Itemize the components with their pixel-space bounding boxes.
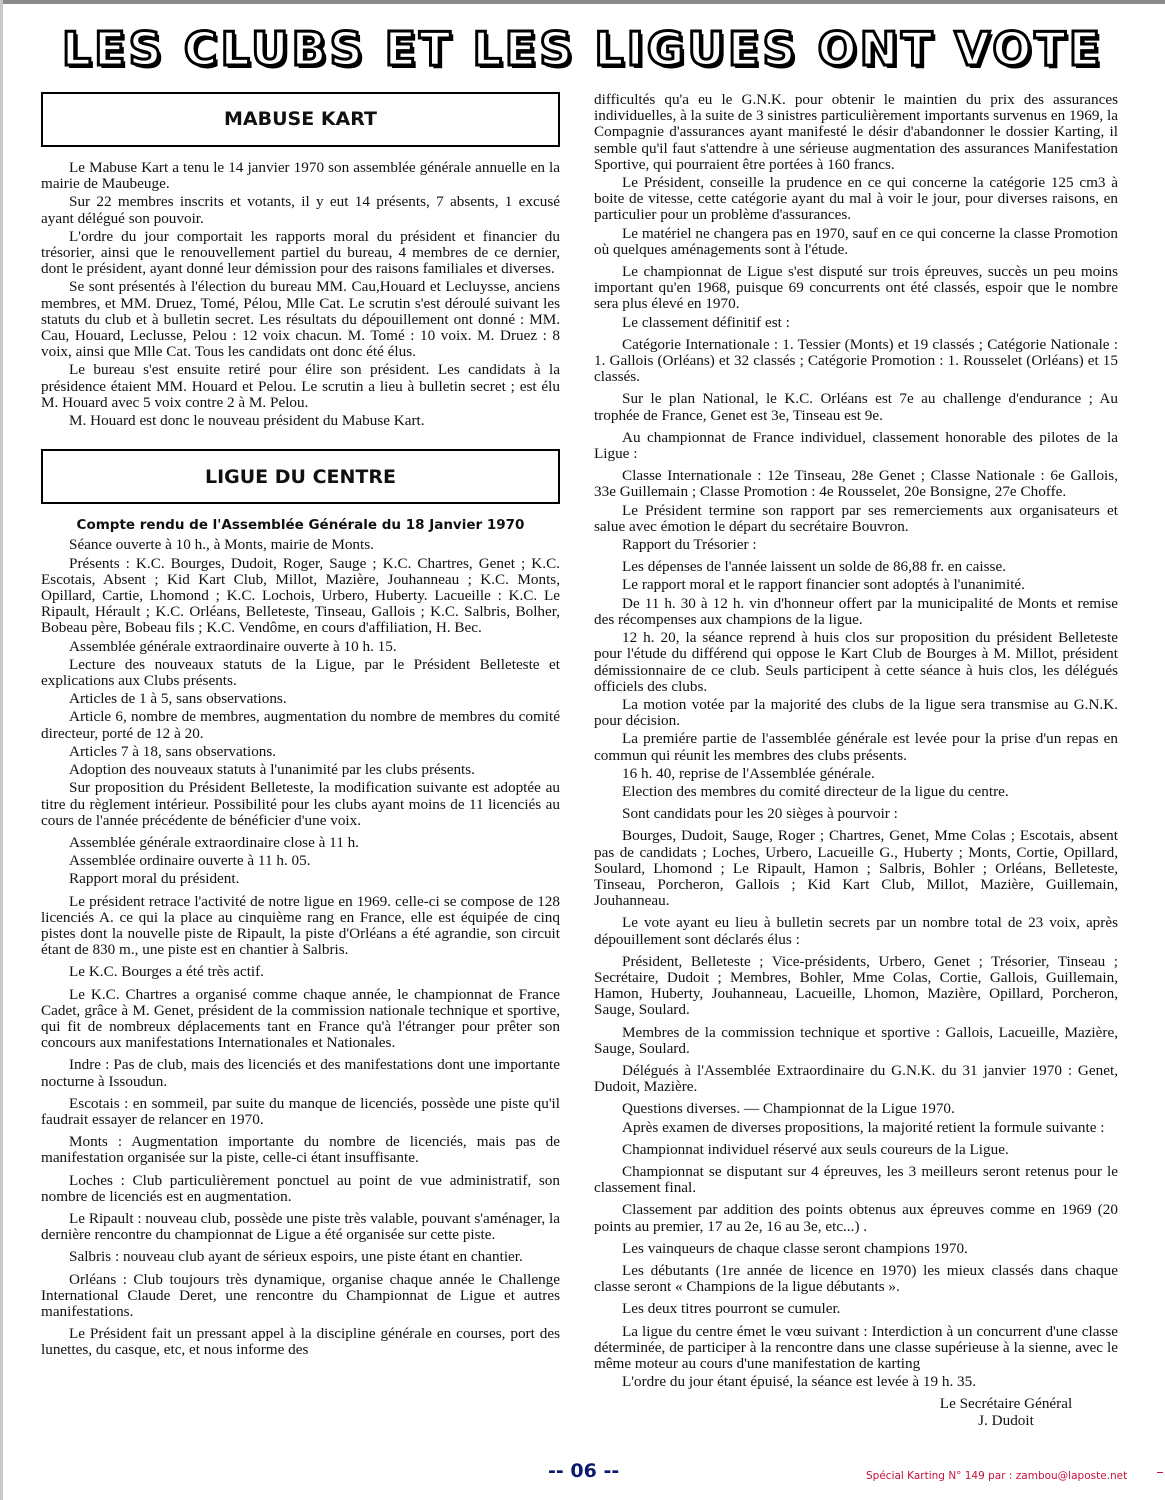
paragraph: Le matériel ne changera pas en 1970, sau… [594,226,1118,258]
signature-title: Le Secrétaire Général [916,1396,1096,1412]
left-column: MABUSE KART Le Mabuse Kart a tenu le 14 … [41,92,560,1361]
left-border [0,0,3,1500]
paragraph: M. Houard est donc le nouveau président … [41,413,560,429]
paragraph: Séance ouverte à 10 h., à Monts, mairie … [41,537,560,553]
paragraph: Le Mabuse Kart a tenu le 14 janvier 1970… [41,160,560,192]
paragraph: Présents : K.C. Bourges, Dudoit, Roger, … [41,556,560,637]
paragraph: La motion votée par la majorité des club… [594,697,1118,729]
top-border [0,0,1165,4]
paragraph: Sont candidats pour les 20 sièges à pour… [594,806,1118,822]
paragraph: Articles 7 à 18, sans observations. [41,744,560,760]
paragraph: Classe Internationale : 12e Tinseau, 28e… [594,468,1118,500]
paragraph: Les vainqueurs de chaque classe seront c… [594,1241,1118,1257]
paragraph: 16 h. 40, reprise de l'Assemblée général… [594,766,1118,782]
paragraph: Assemblée ordinaire ouverte à 11 h. 05. [41,853,560,869]
paragraph: Monts : Augmentation importante du nombr… [41,1134,560,1166]
paragraph: Sur 22 membres inscrits et votants, il y… [41,194,560,226]
paragraph: Questions diverses. — Championnat de la … [594,1101,1118,1117]
paragraph: 12 h. 20, la séance reprend à huis clos … [594,630,1118,695]
paragraph: Adoption des nouveaux statuts à l'unanim… [41,762,560,778]
paragraph: L'ordre du jour comportait les rapports … [41,229,560,278]
paragraph: Le président retrace l'activité de notre… [41,894,560,959]
page-headline: LES CLUBS ET LES LIGUES ONT VOTE [0,22,1165,76]
paragraph: Le championnat de Ligue s'est disputé su… [594,264,1118,313]
paragraph: Se sont présentés à l'élection du bureau… [41,279,560,360]
paragraph: Le vote ayant eu lieu à bulletin secrets… [594,915,1118,947]
paragraph: Le Président fait un pressant appel à la… [41,1326,560,1358]
section-subtitle: Compte rendu de l'Assemblée Générale du … [41,517,560,533]
candidate-list: Bourges, Dudoit, Sauge, Roger ; Chartres… [594,828,1118,909]
section-title-ligue-du-centre: LIGUE DU CENTRE [41,449,560,504]
paragraph: De 11 h. 30 à 12 h. vin d'honneur offert… [594,596,1118,628]
elected-list: Président, Belleteste ; Vice-présidents,… [594,954,1118,1019]
paragraph: Classement par addition des points obten… [594,1202,1118,1234]
paragraph: Assemblée générale extraordinaire ouvert… [41,639,560,655]
paragraph: Le rapport moral et le rapport financier… [594,577,1118,593]
ligue-article-left: Séance ouverte à 10 h., à Monts, mairie … [41,537,560,1358]
paragraph: Loches : Club particulièrement ponctuel … [41,1173,560,1205]
paragraph: Le Président, conseille la prudence en c… [594,175,1118,224]
paragraph: Catégorie Internationale : 1. Tessier (M… [594,337,1118,386]
mabuse-article: Le Mabuse Kart a tenu le 14 janvier 1970… [41,160,560,429]
paragraph: La ligue du centre émet le vœu suivant :… [594,1324,1118,1373]
paragraph: Le bureau s'est ensuite retiré pour élir… [41,362,560,411]
paragraph: L'ordre du jour étant épuisé, la séance … [594,1374,1118,1390]
signature-name: J. Dudoit [916,1413,1096,1429]
paragraph: Après examen de diverses propositions, l… [594,1120,1118,1136]
paragraph: Rapport du Trésorier : [594,537,1118,553]
paragraph: Orléans : Club toujours très dynamique, … [41,1272,560,1321]
page-number: -- 06 -- [548,1460,619,1482]
paragraph: Assemblée générale extraordinaire close … [41,835,560,851]
paragraph: Les débutants (1re année de licence en 1… [594,1263,1118,1295]
paragraph: Article 6, nombre de membres, augmentati… [41,709,560,741]
paragraph: difficultés qu'a eu le G.N.K. pour obten… [594,92,1118,173]
paragraph: Les deux titres pourront se cumuler. [594,1301,1118,1317]
paragraph: La premiére partie de l'assemblée généra… [594,731,1118,763]
paragraph: Lecture des nouveaux statuts de la Ligue… [41,657,560,689]
paragraph: Délégués à l'Assemblée Extraordinaire du… [594,1063,1118,1095]
paragraph: Le Ripault : nouveau club, possède une p… [41,1211,560,1243]
paragraph: Sur le plan National, le K.C. Orléans es… [594,391,1118,423]
paragraph: Election des membres du comité directeur… [594,784,1118,800]
right-column: difficultés qu'a eu le G.N.K. pour obten… [594,92,1118,1429]
paragraph: Le K.C. Bourges a été très actif. [41,964,560,980]
paragraph: Indre : Pas de club, mais des licenciés … [41,1057,560,1089]
paragraph: Les dépenses de l'année laissent un sold… [594,559,1118,575]
credit-underscore [1157,1472,1163,1473]
paragraph: Championnat se disputant sur 4 épreuves,… [594,1164,1118,1196]
paragraph: Le Président termine son rapport par ses… [594,503,1118,535]
paragraph: Le K.C. Chartres a organisé comme chaque… [41,987,560,1052]
paragraph: Au championnat de France individuel, cla… [594,430,1118,462]
paragraph: Sur proposition du Président Belleteste,… [41,780,560,829]
paragraph: Articles de 1 à 5, sans observations. [41,691,560,707]
credit-line: Spécial Karting N° 149 par : zambou@lapo… [866,1470,1127,1482]
signature-block: Le Secrétaire Général J. Dudoit [594,1396,1118,1428]
paragraph: Membres de la commission technique et sp… [594,1025,1118,1057]
paragraph: Salbris : nouveau club ayant de sérieux … [41,1249,560,1265]
paragraph: Le classement définitif est : [594,315,1118,331]
paragraph: Championnat individuel réservé aux seuls… [594,1142,1118,1158]
paragraph: Rapport moral du président. [41,871,560,887]
section-title-mabuse-kart: MABUSE KART [41,92,560,147]
paragraph: Escotais : en sommeil, par suite du manq… [41,1096,560,1128]
